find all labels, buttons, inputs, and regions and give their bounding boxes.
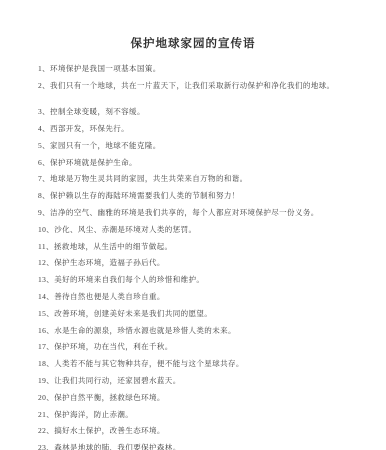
list-item: 23、森林是地球的肺，我们要保护森林。 — [38, 444, 362, 450]
list-item: 22、搞好水土保护，改善生态环境。 — [38, 427, 362, 435]
list-item: 15、改善环境，创建美好未来是我们共同的愿望。 — [38, 310, 362, 318]
list-item: 3、控制全球变暖，刻不容缓。 — [38, 108, 362, 116]
list-item: 21、保护海洋，防止赤潮。 — [38, 411, 362, 419]
list-item: 7、地球是万物生灵共同的家园，共生共荣来自万物的和谐。 — [38, 175, 362, 183]
list-item: 18、人类若不能与其它物种共存，便不能与这个星球共存。 — [38, 360, 362, 368]
list-item: 10、沙化、风尘、赤潮是环境对人类的惩罚。 — [38, 226, 362, 234]
list-item: 5、家园只有一个，地球不能克隆。 — [38, 142, 362, 150]
document-page: 保护地球家园的宣传语 1、环境保护是我国一项基本国策。 2、我们只有一个地球，共… — [0, 0, 386, 450]
list-item: 17、保护环境，功在当代，利在千秋。 — [38, 343, 362, 351]
list-item: 2、我们只有一个地球，共在一片蓝天下，让我们采取新行动保护和净化我们的地球。 — [38, 82, 362, 90]
list-item: 20、保护自然平衡，拯救绿色环境。 — [38, 394, 362, 402]
list-item: 4、西部开发，环保先行。 — [38, 125, 362, 133]
list-item: 19、让我们共同行动，还家园碧水蓝天。 — [38, 377, 362, 385]
page-title: 保护地球家园的宣传语 — [0, 0, 386, 50]
list-item: 6、保护环境就是保护生命。 — [38, 159, 362, 167]
slogan-list: 1、环境保护是我国一项基本国策。 2、我们只有一个地球，共在一片蓝天下，让我们采… — [0, 50, 386, 450]
list-item: 8、保护赖以生存的海陆环境需要我们人类的节制和努力！ — [38, 192, 362, 200]
list-item: 14、善待自然也便是人类自珍自重。 — [38, 293, 362, 301]
list-item: 12、保护生态环境，造福子孙后代。 — [38, 259, 362, 267]
list-item: 9、洁净的空气、幽雅的环境是我们共享的，每个人都应对环境保护尽一份义务。 — [38, 209, 362, 217]
list-item: 13、美好的环境来自我们每个人的珍惜和维护。 — [38, 276, 362, 284]
list-item: 1、环境保护是我国一项基本国策。 — [38, 65, 362, 73]
list-item: 11、拯救地球，从生活中的细节做起。 — [38, 243, 362, 251]
list-item: 16、水是生命的源泉，珍惜水源也就是珍惜人类的未来。 — [38, 327, 362, 335]
